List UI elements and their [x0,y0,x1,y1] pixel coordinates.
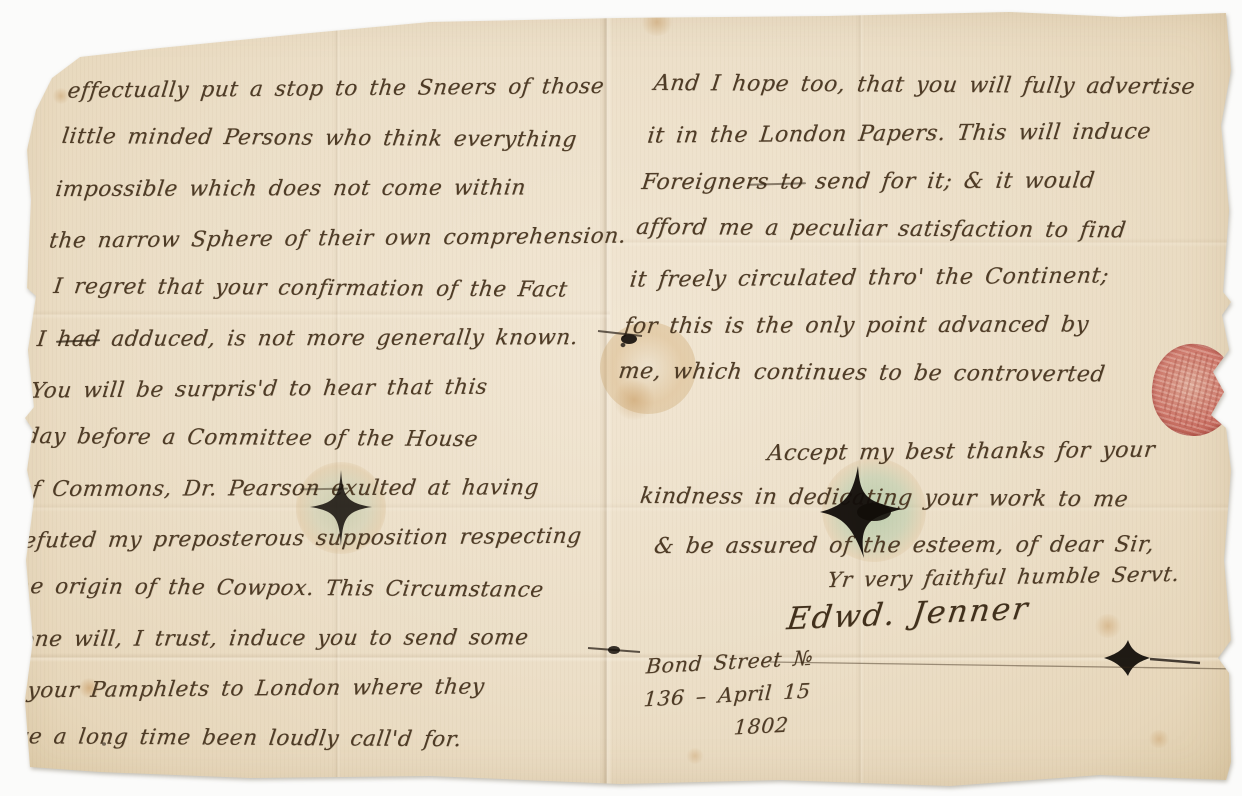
letter-line: afford me a peculiar satisfaction to fin… [633,204,1239,256]
left-page-text: effectually put a stop to the Sneers of … [0,64,671,764]
letter-line: of your Pamphlets to London where they [0,661,597,716]
letter-line: effectually put a stop to the Sneers of … [65,61,671,116]
crease-ink-line [770,662,1240,669]
letter-line: kindness in dedicating your work to me [637,473,1242,524]
letter-line: Accept my best thanks for your [765,426,1242,477]
letter-line: have a long time been loudly call'd for. [0,712,591,766]
letter-line: You will be surpris'd to hear that this [28,361,634,416]
letter-line: I had adduced, is not more generally kno… [34,313,640,365]
dateline: Bond Street № 136 – April 15 1802 [640,642,814,750]
letter-line: alone will, I trust, induce you to send … [0,613,603,665]
letter-line: it freely circulated thro' the Continent… [627,251,1233,304]
stain [686,748,704,764]
letter-line: me, which continues to be controverted [615,348,1221,400]
right-page-text: And I hope too, that you will fully adve… [615,62,1242,398]
letter-line: little minded Persons who think everythi… [59,112,665,166]
letter-paper: effectually put a stop to the Sneers of … [0,0,1242,796]
paper-shadow-wrap: effectually put a stop to the Sneers of … [0,0,1242,796]
closing-block: Accept my best thanks for your kindness … [631,428,1242,569]
letter-line: day before a Committee of the House [22,412,628,466]
letter-line: the narrow Sphere of their own comprehen… [46,211,652,266]
dateline-year: 1802 [733,708,810,745]
valediction: Yr very faithful humble Servt. [826,562,1181,592]
letter-line: for this is the only point advanced by [621,301,1227,351]
letter-line: refuted my preposterous supposition resp… [9,511,615,566]
letter-line: I regret that your confirmation of the F… [50,262,646,316]
stain [640,8,674,36]
letter-scan: effectually put a stop to the Sneers of … [0,0,1242,796]
letter-line: And I hope too, that you will fully adve… [651,60,1242,112]
stain [1148,730,1170,748]
stain [1094,614,1122,638]
letter-line: the origin of the Cowpox. This Circumsta… [4,562,610,616]
letter-line: impossible which does not come within [53,163,659,215]
signature: Edwd. Jenner [785,591,1032,637]
letter-line: Foreigners to send for it; & it would [639,157,1242,207]
letter-line: it in the London Papers. This will induc… [645,107,1242,160]
